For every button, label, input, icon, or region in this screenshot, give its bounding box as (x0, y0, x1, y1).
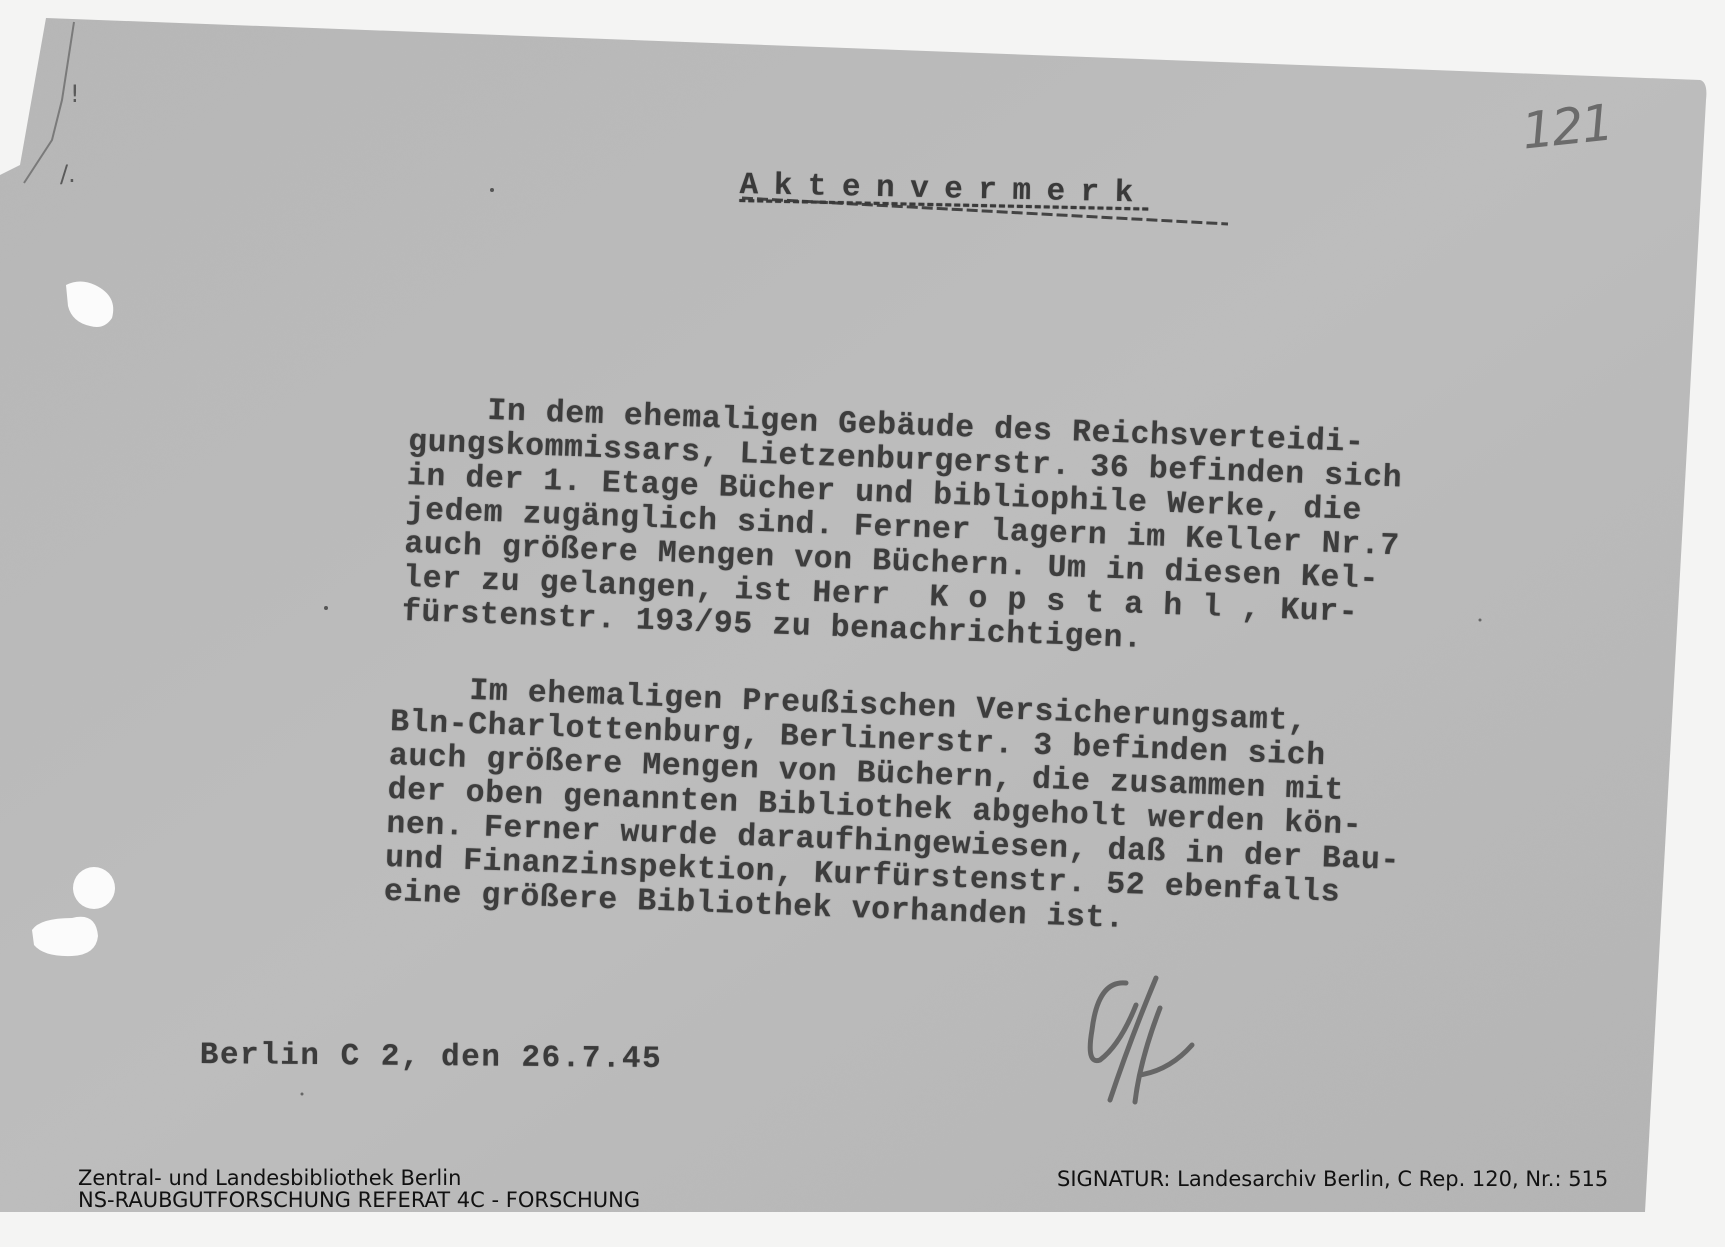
footer-signature-reference: SIGNATUR: Landesarchiv Berlin, C Rep. 12… (1057, 1168, 1608, 1190)
folio-number: 121 (1519, 93, 1614, 160)
margin-mark: ! (70, 80, 80, 108)
footer-line: Zentral- und Landesbibliothek Berlin (78, 1167, 640, 1189)
paragraph-2: Im ehemaligen Preußischen Versicherungsa… (383, 672, 1405, 947)
footer-line: NS-RAUBGUTFORSCHUNG REFERAT 4C - FORSCHU… (78, 1189, 640, 1211)
place-date-line: Berlin C 2, den 26.7.45 (200, 1038, 663, 1077)
footer-institution: Zentral- und Landesbibliothek Berlin NS-… (78, 1167, 640, 1211)
margin-mark: /. (60, 160, 76, 188)
paragraph-1: In dem ehemaligen Gebäude des Reichsvert… (401, 392, 1404, 666)
scanned-document: 121 ! /. Aktenvermerk In dem ehemaligen … (0, 0, 1725, 1247)
